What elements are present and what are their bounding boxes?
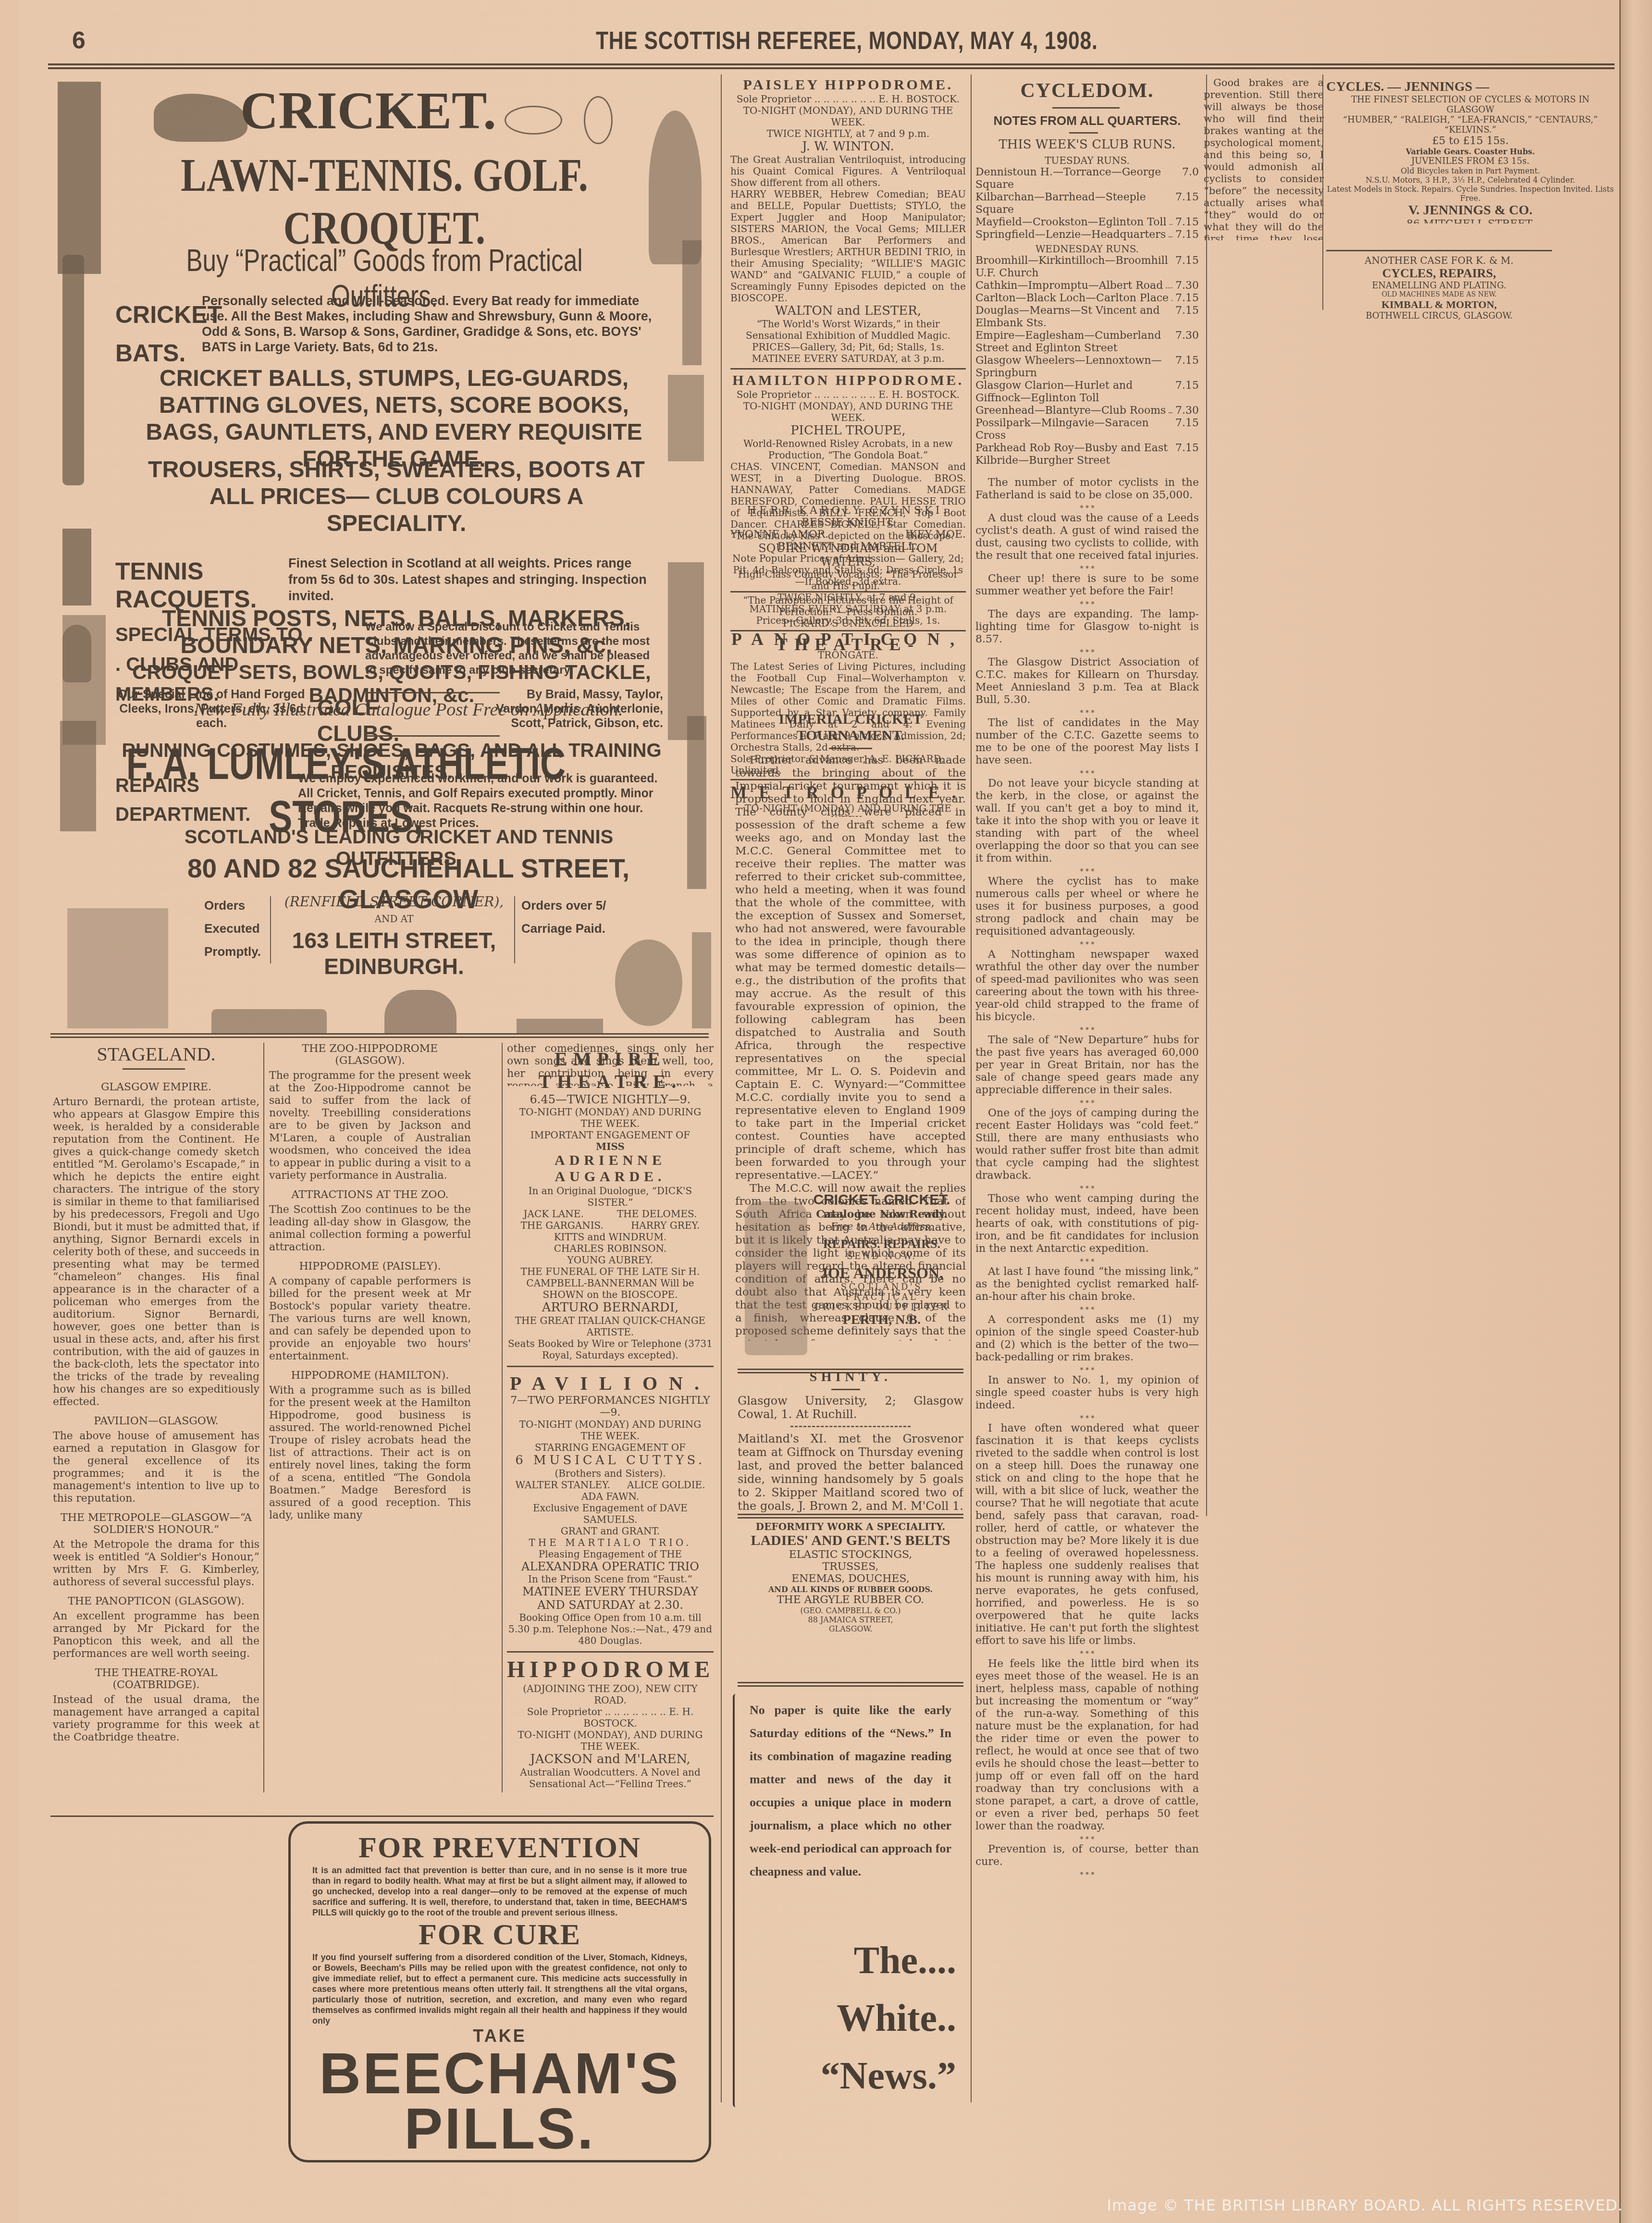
- section-text: The above house of amusement has earned …: [53, 1430, 259, 1505]
- pavilion-matinee: MATINEE EVERY THURSDAY AND SATURDAY at 2…: [507, 1585, 714, 1612]
- beecham-cure-text: If you find yourself suffering from a di…: [298, 1952, 702, 2026]
- kimball-line4: OLD MACHINES MADE AS NEW.: [1326, 291, 1552, 298]
- empire-feature: ARTURO BERNARDI,: [507, 1300, 714, 1315]
- lumley-orders-block: Orders Executed Promptly. (RENFIELD STRE…: [48, 894, 711, 1033]
- masthead: 6 THE SCOTTISH REFEREE, MONDAY, MAY 4, 1…: [48, 26, 1624, 65]
- stageland-column: STAGELAND. GLASGOW EMPIRE.Arturo Bernard…: [53, 1043, 259, 2211]
- coatbridge-prices: Note Popular Prices of Admission— Galler…: [730, 553, 966, 587]
- racquets-label: TENNIS RACQUETS.: [115, 557, 288, 613]
- coatbridge-bill-1: HERR KAROLY CZYNSKI.: [730, 505, 966, 517]
- white-news-white: White..: [802, 1997, 956, 2040]
- bill-item: CHARLES ROBINSON.: [550, 1243, 670, 1254]
- run-route: Mayfield—Crookston—Eglinton Toll: [975, 216, 1167, 229]
- catalogue-rule-2: [365, 735, 500, 737]
- hamilton-title: HAMILTON HIPPODROME.: [730, 372, 966, 389]
- asterism: * * *: [975, 1026, 1199, 1034]
- paisley-star: J. W. WINTON.: [730, 139, 966, 154]
- section-heading: ATTRACTIONS AT THE ZOO.: [269, 1189, 471, 1201]
- asterism: * * *: [975, 941, 1199, 949]
- rubber-line6: AND ALL KINDS OF RUBBER GOODS.: [738, 1585, 963, 1594]
- column-divider-2: [502, 1043, 503, 1792]
- run-time: 7.0: [1182, 166, 1199, 191]
- anderson-line1: CRICKET. CRICKET.: [802, 1192, 961, 1208]
- panopticon-title: PANOPTICON,: [730, 629, 966, 649]
- club-run-row: Cathkin—Impromptu—Albert Road7.30: [975, 280, 1199, 292]
- tuesday-runs-list: Dennistoun H.—Torrance—George Square7.0K…: [975, 166, 1199, 241]
- run-route: Carlton—Black Loch—Carlton Place: [975, 292, 1169, 305]
- pavilion-engagement: STARRING ENGAGEMENT OF: [507, 1442, 714, 1453]
- cycledom-title: CYCLEDOM.: [975, 79, 1199, 102]
- run-route: Douglas—Mearns—St Vincent and Elmbank St…: [975, 305, 1170, 330]
- orders-left: Orders Executed Promptly.: [204, 894, 262, 963]
- column-divider-5: [1206, 74, 1207, 1516]
- run-route: Kilbarchan—Barrhead—Steeple Square: [975, 191, 1170, 216]
- jennings-line2: “HUMBER,” “RALEIGH,” “LEA-FRANCIS,” “CEN…: [1326, 115, 1615, 135]
- bill-item: JACK LANE.: [520, 1208, 588, 1220]
- cycledom-rule-2: [1069, 132, 1098, 134]
- cycledom-column: CYCLEDOM. NOTES FROM ALL QUARTERS. THIS …: [975, 79, 1199, 2107]
- copyright-watermark: Image © THE BRITISH LIBRARY BOARD. ALL R…: [1107, 2196, 1623, 2214]
- trousers-line: TROUSERS, SHIRTS, SWEATERS, BOOTS AT ALL…: [144, 457, 649, 537]
- rubber-company: THE ARGYLE RUBBER CO.: [738, 1594, 963, 1606]
- run-route: Dennistoun H.—Torrance—George Square: [975, 166, 1176, 191]
- bill-item: WALTER STANLEY.: [511, 1479, 614, 1491]
- beecham-prevention-text: It is an admitted fact that prevention i…: [298, 1865, 702, 1918]
- tuesday-heading: TUESDAY RUNS.: [975, 155, 1199, 166]
- run-leader: [1171, 292, 1172, 301]
- club-run-row: Glasgow Wheelers—Lennoxtown—Springburn7.…: [975, 355, 1199, 380]
- rubber-city: GLASGOW.: [738, 1624, 963, 1633]
- coatbridge-bill-4: BENNETT and MARTELL.: [730, 541, 966, 553]
- cricket-bat-icon: [62, 255, 84, 485]
- zoo-column: THE ZOO-HIPPODROME (GLASGOW).The program…: [269, 1043, 471, 1792]
- white-news-ad: No paper is quite like the early Saturda…: [730, 1689, 963, 2112]
- run-route: Springfield—Lenzie—Headquarters: [975, 229, 1166, 241]
- empire-bill: JACK LANE.THE DELOMES.THE GARGANIS.HARRY…: [507, 1208, 714, 1266]
- run-time: 7.15: [1175, 191, 1199, 216]
- bill-item: THE DELOMES.: [613, 1208, 701, 1220]
- newspaper-title: THE SCOTTISH REFEREE, MONDAY, MAY 4, 190…: [596, 26, 1098, 55]
- paisley-feature-desc: “The World's Worst Wizards,” in their Se…: [730, 318, 966, 341]
- hamilton-star-desc: World-Renowned Risley Acrobats, in a new…: [730, 438, 966, 461]
- asterism: * * *: [975, 1306, 1199, 1314]
- column-divider-6: [1322, 74, 1323, 310]
- branch-line1: (RENFIELD STREET CORNER),: [279, 894, 509, 910]
- anderson-sub1: SCOTLAND'S PRACTICAL: [802, 1282, 961, 1302]
- shinty-wavy-rule: [790, 1426, 911, 1427]
- column-divider-1: [263, 1043, 264, 1792]
- cycledom-paragraph: I have often wondered what queer fascina…: [975, 1422, 1199, 1647]
- pavilion-bottom-rule: [507, 1651, 714, 1653]
- paisley-proprietor: Sole Proprietor .. .. .. .. .. .. .. E. …: [730, 93, 966, 105]
- coatbridge-bill-3-row: YVONNE LAMOR. IKEY MOE.: [730, 529, 966, 541]
- empire-tonight: TO-NIGHT (MONDAY) AND DURING THE WEEK.: [507, 1106, 714, 1129]
- stageland-top-rule: [50, 1033, 709, 1038]
- branch-line2: AND AT: [279, 913, 509, 925]
- stageland-heading: STAGELAND.: [53, 1043, 259, 1065]
- panopticon-quote: “The Panopticon Pictures are the Height …: [730, 594, 966, 617]
- hippodrome-location: (ADJOINING THE ZOO), NEW CITY ROAD.: [507, 1683, 714, 1706]
- jennings-line6: N.S.U. Motors, 3 H.P., 3½ H.P., Celebrat…: [1326, 175, 1615, 185]
- jennings-line4: JUVENILES FROM £3 15s.: [1326, 156, 1615, 166]
- cycledom-paragraph: Where the cyclist has to make numerous c…: [975, 876, 1199, 938]
- rubber-line2: LADIES' AND GENT.'S BELTS: [738, 1532, 963, 1549]
- sweater-icon: [62, 529, 91, 605]
- run-time: 7.15: [1175, 229, 1199, 241]
- section-text: Instead of the usual drama, the manageme…: [53, 1694, 259, 1744]
- bats-label: CRICKET BATS.: [115, 296, 187, 372]
- catalogue-line: New Fully Illustrated Catalogue Post Fre…: [192, 699, 625, 720]
- page-number: 6: [72, 26, 86, 54]
- empire-engagement: IMPORTANT ENGAGEMENT OF: [507, 1129, 714, 1141]
- kimball-line2: CYCLES, REPAIRS,: [1326, 266, 1552, 281]
- jennings-address: 86 MITCHELL STREET.: [1326, 218, 1615, 223]
- beecham-top-rule: [50, 1815, 714, 1817]
- club-run-row: Douglas—Mearns—St Vincent and Elmbank St…: [975, 305, 1199, 330]
- pad-icon: [60, 721, 96, 831]
- anderson-name: JOE ANDERSON,: [802, 1264, 961, 1282]
- anderson-line4: REPAIRS. REPAIRS.: [802, 1237, 961, 1251]
- bill-item: KITTS and WINDRUM.: [550, 1231, 671, 1243]
- club-run-row: Empire—Eaglesham—Cumberland Street and E…: [975, 330, 1199, 355]
- kimball-firm: KIMBALL & MORTON,: [1326, 298, 1552, 311]
- cycledom-paragraph: The list of candidates in the May number…: [975, 717, 1199, 767]
- empire-miss: MISS: [507, 1141, 714, 1152]
- cycledom-paragraph: At last I have found “the missing link,”…: [975, 1266, 1199, 1303]
- coatbridge-bill-2: BESSIE KNIGHT.: [730, 517, 966, 529]
- cycledom-paragraph: The Glasgow District Association of C.T.…: [975, 656, 1199, 706]
- run-route: Empire—Eaglesham—Cumberland Street and E…: [975, 330, 1170, 355]
- run-route: Possilpark—Milngavie—Saracen Cross: [975, 417, 1170, 442]
- jennings-title: CYCLES. — JENNINGS —: [1326, 79, 1615, 95]
- run-time: 7.15: [1175, 255, 1199, 280]
- paisley-times: TWICE NIGHTLY, at 7 and 9 p.m.: [730, 128, 966, 139]
- cycledom-paragraph: The days are expanding. The lamp-lightin…: [975, 608, 1199, 646]
- white-news-text: No paper is quite like the early Saturda…: [750, 1699, 951, 1883]
- empire-ad: EMPIRE THEATRE. 6.45—TWICE NIGHTLY—9. TO…: [507, 1048, 714, 1788]
- rubber-bottom-rule: [738, 1682, 963, 1687]
- hamilton-tonight: TO-NIGHT (MONDAY), AND DURING THE WEEK.: [730, 400, 966, 423]
- beecham-footer: Sold everywhere in boxes, price 1/1½ (56…: [298, 2157, 702, 2158]
- masthead-rule: [48, 63, 1615, 69]
- section-heading: GLASGOW EMPIRE.: [53, 1081, 259, 1093]
- pavilion-title: PAVILION.: [507, 1372, 714, 1395]
- run-leader: [1169, 405, 1172, 413]
- racquets-text: Finest Selection in Scotland at all weig…: [288, 555, 658, 604]
- empire-bottom-rule: [507, 1366, 714, 1367]
- scottish-thistle-emblem-icon: [615, 939, 682, 1026]
- anderson-line5: SEND NOW.: [802, 1251, 961, 1261]
- cycledom-paragraph: The number of motor cyclists in the Fath…: [975, 477, 1199, 502]
- beecham-brand: BEECHAM'S: [298, 2046, 702, 2101]
- white-news-news: “News.”: [788, 2054, 956, 2098]
- run-leader: [1166, 280, 1172, 288]
- hippodrome-tonight: TO-NIGHT (MONDAY), AND DURING THE WEEK.: [507, 1729, 714, 1752]
- empire-title: EMPIRE THEATRE.: [507, 1048, 714, 1093]
- jennings-line7: Latest Models in Stock. Repairs. Cycle S…: [1326, 185, 1615, 203]
- bats-text: Personally selected and Well-Seasoned. E…: [202, 293, 658, 355]
- empire-booking: Seats Booked by Wire or Telephone (3731 …: [507, 1338, 714, 1361]
- orders-divider-right: [514, 896, 515, 963]
- kimball-address: BOTHWELL CIRCUS, GLASGOW.: [1326, 311, 1552, 321]
- run-time: 7.30: [1175, 280, 1199, 292]
- club-run-row: Kilbarchan—Barrhead—Steeple Square7.15: [975, 191, 1199, 216]
- ad-headline-cricket: CRICKET.: [240, 82, 481, 139]
- cycledom-continued-wide: [1206, 77, 1324, 82]
- rubber-address: 88 JAMAICA STREET,: [738, 1615, 963, 1624]
- asterism: * * *: [975, 770, 1199, 778]
- hamilton-proprietor: Sole Proprietor .. .. .. .. .. .. .. E. …: [730, 389, 966, 400]
- jennings-price: £5 to £15 15s.: [1326, 135, 1615, 147]
- adjacent-page-edge: [1619, 0, 1652, 2223]
- beecham-cure-heading: FOR CURE: [298, 1918, 702, 1952]
- kimball-morton-ad: ANOTHER CASE FOR K. & M. CYCLES, REPAIRS…: [1326, 255, 1552, 322]
- tent-icon: [211, 1009, 327, 1033]
- run-route: Broomhill—Kirkintilloch—Broomhill U.F. C…: [975, 255, 1170, 280]
- section-text: The Scottish Zoo continues to be the lea…: [269, 1204, 471, 1254]
- paisley-bill: HARRY WEBBER, Hebrew Comedian; BEAU and …: [730, 188, 966, 304]
- shinty-result: Glasgow University, 2; Glasgow Cowal, 1.…: [738, 1394, 963, 1421]
- section-heading: THE PANOPTICON (GLASGOW).: [53, 1595, 259, 1607]
- jennings-line1: THE FINEST SELECTION OF CYCLES & MOTORS …: [1326, 95, 1615, 115]
- kimball-line1: ANOTHER CASE FOR K. & M.: [1326, 255, 1552, 266]
- column-divider-3: [721, 74, 722, 2102]
- rubber-line5: ENEMAS, DOUCHES,: [738, 1573, 963, 1585]
- rubber-line3: ELASTIC STOCKINGS,: [738, 1549, 963, 1561]
- hippodrome-star-desc: Australian Woodcutters. A Novel and Sens…: [507, 1766, 714, 1788]
- cycledom-notes: The number of motor cyclists in the Fath…: [975, 477, 1199, 1879]
- orders-right: Orders over 5/ Carriage Paid.: [521, 894, 613, 940]
- panopticon-location: TRONGATE.: [730, 649, 966, 661]
- terms-text: We allow a Special Discount to Cricket a…: [365, 620, 663, 678]
- hamilton-star: PICHEL TROUPE,: [730, 423, 966, 438]
- asterism: * * *: [975, 1185, 1199, 1193]
- run-route: Glasgow Wheelers—Lennoxtown—Springburn: [975, 355, 1170, 380]
- section-text: Arturo Bernardi, the protean artiste, wh…: [53, 1096, 259, 1408]
- paisley-prices: PRICES—Gallery, 3d; Pit, 6d; Stalls, 1s.…: [730, 341, 966, 364]
- cycledom-paragraph: One of the joys of camping during the re…: [975, 1107, 1199, 1182]
- white-news-the: The....: [822, 1939, 956, 1983]
- pavilion-pleasing: Pleasing Engagement of THE: [507, 1548, 714, 1560]
- empire-star-desc: In an Original Duologue, “DICK'S SISTER.…: [507, 1185, 714, 1208]
- run-route: Cathkin—Impromptu—Albert Road: [975, 280, 1163, 292]
- crossed-bats-icon: [517, 1019, 603, 1033]
- jersey-icon: [668, 375, 704, 461]
- glove-icon: [62, 625, 91, 682]
- pavilion-star: 6 MUSICAL CUTTYS.: [507, 1453, 714, 1468]
- run-time: 7.15: [1175, 355, 1199, 380]
- beecham-pills: PILLS.: [298, 2101, 702, 2157]
- section-heading: THE ZOO-HIPPODROME (GLASGOW).: [269, 1043, 471, 1067]
- section-text: With a programme such as is billed for t…: [269, 1384, 471, 1522]
- jennings-firm: V. JENNINGS & CO.: [1326, 203, 1615, 218]
- article-paragraph: Further advance has been made towards th…: [735, 754, 966, 1182]
- asterism: * * *: [975, 565, 1199, 573]
- section-heading: PAVILION—GLASGOW.: [53, 1415, 259, 1427]
- cycledom-paragraph: Do not leave your bicycle standing at th…: [975, 778, 1199, 865]
- beecham-ad-content: FOR PREVENTION It is an admitted fact th…: [298, 1831, 702, 2158]
- asterism: * * *: [975, 505, 1199, 512]
- club-run-row: Possilpark—Milngavie—Saracen Cross7.15: [975, 417, 1199, 442]
- club-run-row: Carlton—Black Loch—Carlton Place7.15: [975, 292, 1199, 305]
- coatbridge-bill-3a: YVONNE LAMOR.: [730, 529, 828, 541]
- kimball-line3: ENAMELLING AND PLATING.: [1326, 281, 1552, 291]
- asterism: * * *: [975, 1650, 1199, 1658]
- pavilion-exclusive: Exclusive Engagement of DAVE SAMUELS.: [507, 1502, 714, 1525]
- cricket-pad-icon: [58, 82, 101, 274]
- hippodrome-proprietor: Sole Proprietor .. .. .. .. .. .. .. E. …: [507, 1706, 714, 1729]
- asterism: * * *: [975, 709, 1199, 717]
- asterism: * * *: [975, 1836, 1199, 1843]
- joe-anderson-ad: CRICKET. CRICKET. Catalogue Now Ready. F…: [735, 1192, 961, 1365]
- paisley-bottom-rule: [730, 368, 966, 370]
- stumps-icon: [682, 240, 702, 365]
- pavilion-times: 7—TWO PERFORMANCES NIGHTLY—9.: [507, 1395, 714, 1419]
- medal-icon: [584, 96, 613, 144]
- rubber-line1: DEFORMITY WORK A SPECIALITY.: [738, 1521, 963, 1532]
- asterism: * * *: [975, 649, 1199, 656]
- asterism: * * *: [975, 601, 1199, 608]
- argyle-rubber-ad: DEFORMITY WORK A SPECIALITY. LADIES' AND…: [738, 1521, 963, 1680]
- empire-star: ADRIENNE AUGARDE.: [507, 1152, 714, 1185]
- column-divider-4: [971, 74, 972, 2102]
- cycledom-paragraph: Those who went camping during the recent…: [975, 1193, 1199, 1255]
- asterism: * * *: [975, 1415, 1199, 1422]
- bill-item: THE GARGANIS.: [517, 1220, 607, 1231]
- zoo-sections: THE ZOO-HIPPODROME (GLASGOW).The program…: [269, 1043, 471, 1522]
- ball-bag-icon: [384, 990, 456, 1033]
- branch-line3: 163 LEITH STREET, EDINBURGH.: [279, 927, 509, 979]
- cycledom-paragraph: A correspondent asks me (1) my opinion o…: [975, 1314, 1199, 1364]
- section-heading: HIPPODROME (PAISLEY).: [269, 1260, 471, 1272]
- hammer-thrower-icon: [67, 908, 168, 1028]
- run-time: 7.15: [1175, 442, 1199, 467]
- shinty-text: Maitland's XI. met the Grosvenor team at…: [738, 1432, 963, 1514]
- cycledom-paragraph: Prevention is, of course, better than cu…: [975, 1843, 1199, 1868]
- section-text: An excellent programme has been arranged…: [53, 1610, 259, 1660]
- club-run-row: Dennistoun H.—Torrance—George Square7.0: [975, 166, 1199, 191]
- club-run-row: Mayfield—Crookston—Eglinton Toll7.15: [975, 216, 1199, 229]
- club-run-row: Springfield—Lenzie—Headquarters7.15: [975, 229, 1199, 241]
- run-time: 7.15: [1175, 292, 1199, 305]
- stageland-rule: [123, 1068, 185, 1070]
- pavilion-operatic-desc: In the Prison Scene from “Faust.”: [507, 1573, 714, 1585]
- shinty-article: SHINTY. Glasgow University, 2; Glasgow C…: [738, 1370, 963, 1514]
- jennings-line5: Old Bicycles taken in Part Payment.: [1326, 166, 1615, 175]
- run-time: 7.15: [1175, 216, 1199, 229]
- batsman-illustration-icon: [745, 1201, 807, 1355]
- run-route: Greenhead—Blantyre—Club Rooms: [975, 405, 1166, 417]
- cycledom-rule: [1052, 107, 1120, 109]
- cycledom-paragraph: In answer to No. 1, my opinion of single…: [975, 1374, 1199, 1412]
- club-run-row: Glasgow Clarion—Hurlet and Giffnock—Egli…: [975, 380, 1199, 405]
- pavilion-star-desc: (Brothers and Sisters).: [507, 1468, 714, 1479]
- cycledom-paragraph: Cheer up! there is sure to be some summe…: [975, 573, 1199, 598]
- section-text: The programme for the present week at th…: [269, 1070, 471, 1182]
- bill-item: ADA FAWN.: [578, 1491, 643, 1502]
- pavilion-operatic: ALEXANDRA OPERATIC TRIO: [507, 1560, 714, 1573]
- pavilion-trio: THE MARTIALO TRIO.: [507, 1537, 714, 1548]
- wednesday-heading: WEDNESDAY RUNS.: [975, 243, 1199, 255]
- jennings-ad: CYCLES. — JENNINGS — THE FINEST SELECTIO…: [1326, 79, 1615, 223]
- paisley-tonight: TO-NIGHT (MONDAY), AND DURING THE WEEK.: [730, 105, 966, 128]
- wednesday-runs-list: Broomhill—Kirkintilloch—Broomhill U.F. C…: [975, 255, 1199, 467]
- cycledom-continued-text: Good brakes are a prevention. Still ther…: [1204, 77, 1324, 240]
- anderson-content: CRICKET. CRICKET. Catalogue Now Ready. F…: [802, 1192, 961, 1328]
- section-text: A company of capable performers is bille…: [269, 1275, 471, 1363]
- hippodrome-star: JACKSON and M'LAREN,: [507, 1752, 714, 1766]
- paisley-star-desc: The Great Australian Ventriloquist, intr…: [730, 154, 966, 188]
- cricket-boot-icon: [154, 94, 247, 142]
- run-time: 7.30: [1175, 330, 1199, 355]
- club-run-row: Broomhill—Kirkintilloch—Broomhill U.F. C…: [975, 255, 1199, 280]
- ad-subheadline: LAWN-TENNIS. GOLF. CROQUET.: [156, 149, 613, 255]
- cycledom-paragraph: A dust cloud was the cause of a Leeds cy…: [975, 512, 1199, 562]
- pavilion-tonight: TO-NIGHT (MONDAY) AND DURING THE WEEK.: [507, 1419, 714, 1442]
- section-text: At the Metropole the drama for this week…: [53, 1539, 259, 1589]
- hippodrome-title: HIPPODROME: [507, 1656, 714, 1683]
- cycledom-continued-column: Good brakes are a prevention. Still ther…: [1204, 77, 1324, 240]
- run-time: 7.15: [1175, 380, 1199, 405]
- pavilion-booking: Booking Office Open from 10 a.m. till 5.…: [507, 1612, 714, 1646]
- asterism: * * *: [975, 1099, 1199, 1107]
- coatbridge-bottom-rule: [730, 591, 966, 593]
- anderson-line2: Catalogue Now Ready.: [802, 1208, 961, 1221]
- run-route: Parkhead Rob Roy—Busby and East Kilbride…: [975, 442, 1170, 467]
- imperial-rule: [829, 748, 872, 749]
- anderson-line3: Free to Any Address.: [802, 1221, 961, 1232]
- tennis-shoe-icon: [505, 106, 562, 135]
- run-route: Glasgow Clarion—Hurlet and Giffnock—Egli…: [975, 380, 1170, 405]
- pavilion-grant: GRANT and GRANT.: [507, 1525, 714, 1537]
- club-run-row: Parkhead Rob Roy—Busby and East Kilbride…: [975, 442, 1199, 467]
- paisley-feature: WALTON and LESTER,: [730, 304, 966, 318]
- bill-item: YOUNG AUBREY.: [564, 1254, 657, 1266]
- cycledom-subtitle: NOTES FROM ALL QUARTERS.: [975, 113, 1199, 128]
- terms-label: SPECIAL TERMS TO . . CLUBS AND MEMBERS.: [115, 620, 317, 709]
- asterism: * * *: [975, 868, 1199, 876]
- bill-item: ALICE GOLDIE.: [623, 1479, 709, 1491]
- football-player-icon: [692, 932, 711, 1028]
- section-heading: HIPPODROME (HAMILTON).: [269, 1370, 471, 1382]
- section-heading: THE METROPOLE—GLASGOW—“A SOLDIER'S HONOU…: [53, 1512, 259, 1536]
- cycledom-paragraph: He feels like the little bird when its e…: [975, 1658, 1199, 1833]
- imperial-cricket-title: IMPERIAL CRICKET TOURNAMENT.: [735, 711, 966, 744]
- orders-divider-left: [270, 896, 271, 963]
- coatbridge-bill-3b: IKEY MOE.: [905, 529, 966, 541]
- club-runs-heading: THIS WEEK'S CLUB RUNS.: [975, 137, 1199, 152]
- paisley-title: PAISLEY HIPPODROME.: [730, 77, 966, 93]
- panopticon-lead: PICKARD'S UNEXCELLED: [730, 617, 966, 629]
- asterism: * * *: [975, 1871, 1199, 1879]
- stageland-sections: GLASGOW EMPIRE.Arturo Bernardi, the prot…: [53, 1081, 259, 1744]
- anderson-town: PERTH, N.B.: [802, 1312, 961, 1328]
- jennings-line3: Variable Gears. Coaster Hubs.: [1326, 147, 1615, 156]
- jennings-bottom-rule: [1326, 250, 1552, 251]
- beecham-prevention-heading: FOR PREVENTION: [298, 1831, 702, 1865]
- rubber-line4: TRUSSES,: [738, 1561, 963, 1573]
- run-leader: [1170, 216, 1173, 225]
- bill-item: HARRY GREY.: [627, 1220, 704, 1231]
- asterism: * * *: [975, 1258, 1199, 1266]
- run-leader: [1169, 229, 1172, 237]
- anderson-sub2: CRICKET OUTFITTER: [802, 1302, 961, 1312]
- asterism: * * *: [975, 1367, 1199, 1374]
- cycledom-paragraph: The sale of “New Departure” hubs for the…: [975, 1034, 1199, 1097]
- shinty-bottom-rule: [738, 1514, 963, 1519]
- empire-times: 6.45—TWICE NIGHTLY—9.: [507, 1093, 714, 1106]
- cycledom-paragraph: Good brakes are a prevention. Still ther…: [1204, 77, 1324, 240]
